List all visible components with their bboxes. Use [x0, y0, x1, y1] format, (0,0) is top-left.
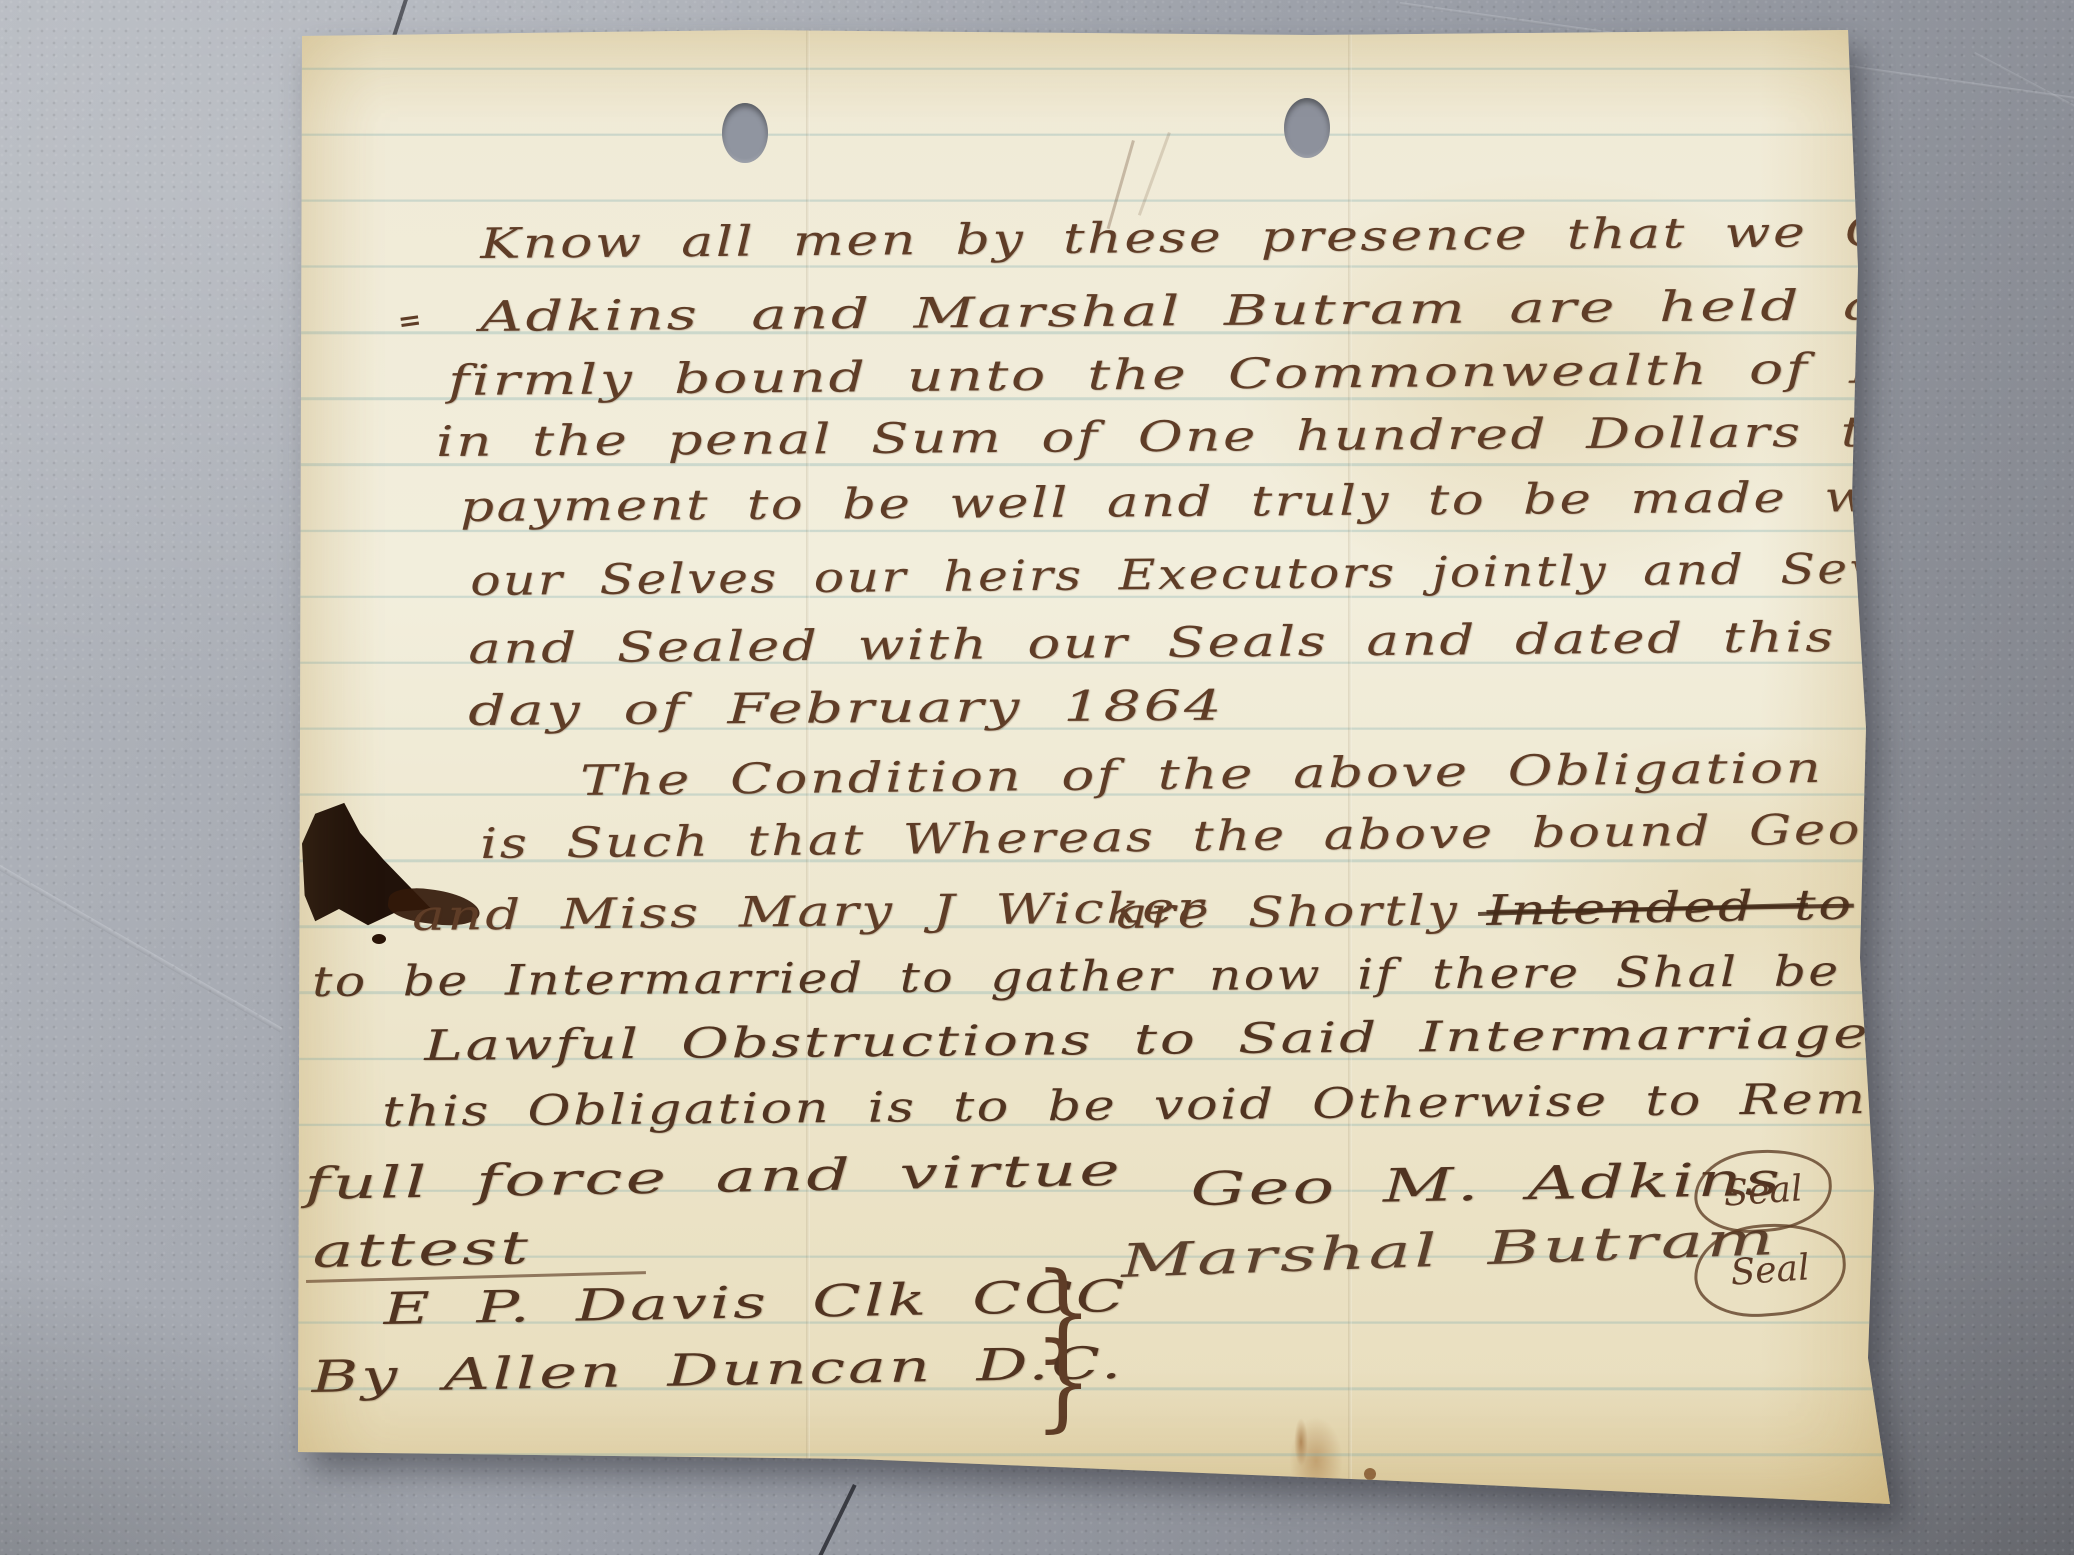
- document-paper-wrap: Know all men by these presence that we G…: [296, 28, 1890, 1505]
- paper-edge-staining: [296, 28, 1890, 1505]
- document-paper: Know all men by these presence that we G…: [296, 28, 1890, 1505]
